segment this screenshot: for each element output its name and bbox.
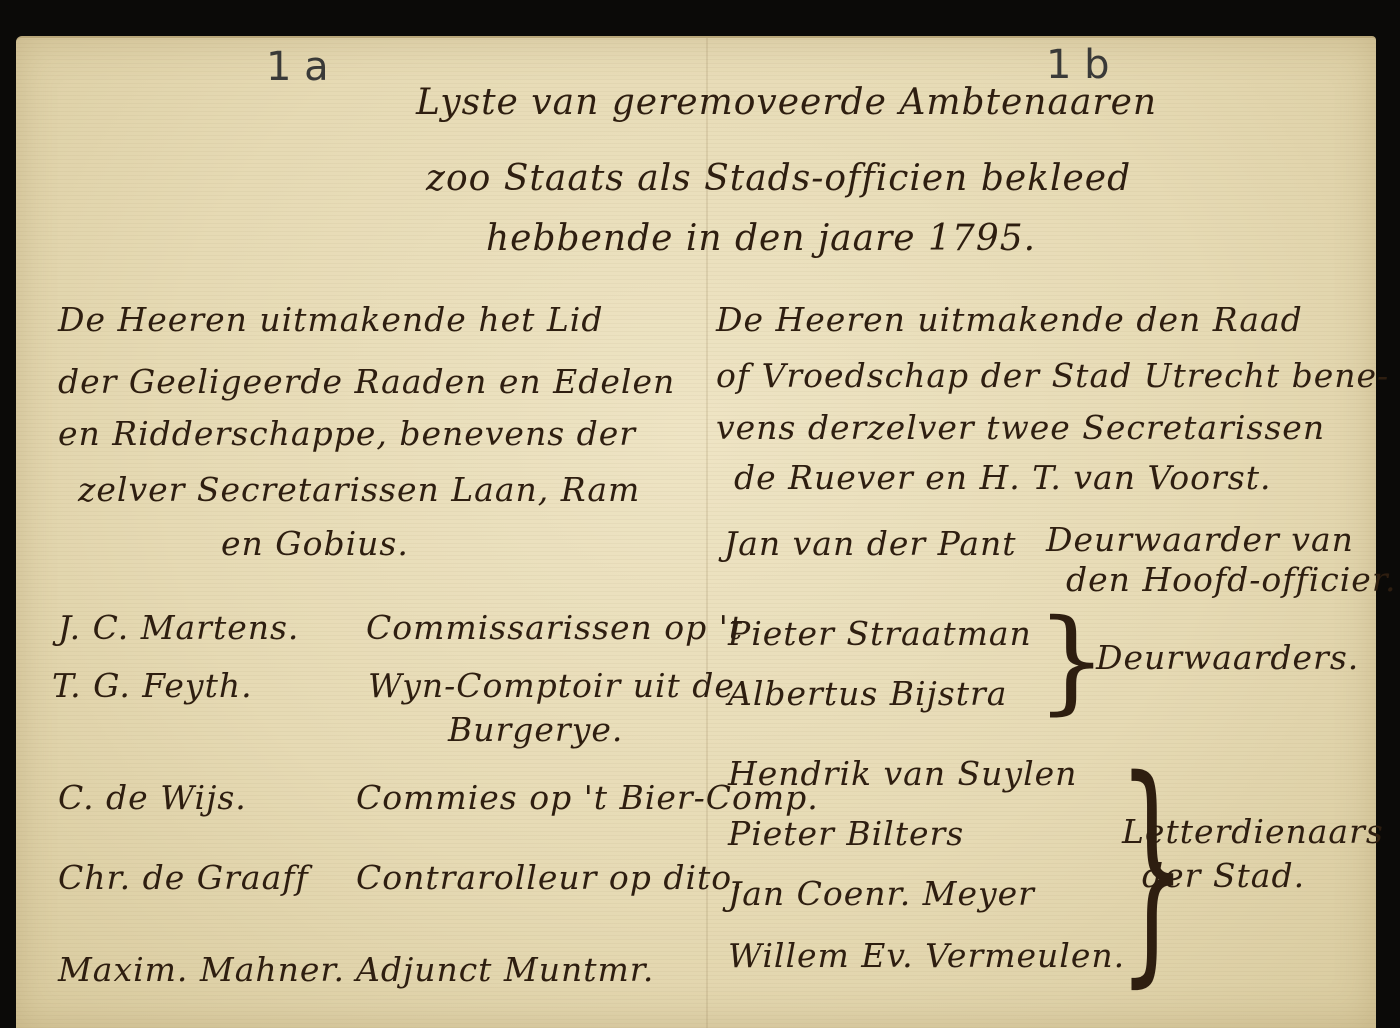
entry-name: Pieter Bilters — [728, 814, 964, 853]
right-heading-line-4: de Ruever en H. T. van Voorst. — [734, 458, 1271, 497]
entry-name: T. G. Feyth. — [52, 666, 253, 705]
folio-mark-left: 1 a — [266, 44, 329, 90]
entry-name: J. C. Martens. — [58, 608, 299, 647]
left-heading-line-3: en Ridderschappe, benevens der — [58, 414, 636, 453]
entry-office: den Hoofd-officier. — [1066, 560, 1396, 599]
right-heading-line-3: vens derzelver twee Secretarissen — [716, 408, 1325, 447]
entry-office: Contrarolleur op dito. — [356, 858, 743, 897]
entry-office: Burgerye. — [448, 710, 623, 749]
entry-name: Albertus Bijstra — [728, 674, 1007, 713]
entry-office: Commissarissen op 't — [366, 608, 743, 647]
title-line-2: zoo Staats als Stads-officien bekleed — [426, 158, 1131, 199]
entry-office: Letterdienaars — [1122, 812, 1384, 851]
entry-name: Jan Coenr. Meyer — [728, 874, 1035, 913]
entry-name: C. de Wijs. — [58, 778, 247, 817]
entry-office: Deurwaarder van — [1046, 520, 1354, 559]
title-line-1: Lyste van geremoveerde Ambtenaaren — [416, 82, 1157, 123]
entry-name: Pieter Straatman — [728, 614, 1032, 653]
left-heading-line-4: zelver Secretarissen Laan, Ram — [78, 470, 640, 509]
left-heading-line-1: De Heeren uitmakende het Lid — [58, 300, 603, 339]
entry-office: der Stad. — [1142, 856, 1305, 895]
right-heading-line-2: of Vroedschap der Stad Utrecht bene- — [716, 356, 1389, 395]
title-line-3: hebbende in den jaare 1795. — [486, 218, 1036, 259]
right-heading-line-1: De Heeren uitmakende den Raad — [716, 300, 1303, 339]
entry-office: Deurwaarders. — [1096, 638, 1359, 677]
entry-office: Adjunct Muntmr. — [356, 950, 654, 989]
entry-name: Jan van der Pant — [724, 524, 1017, 563]
entry-name: Hendrik van Suylen — [728, 754, 1077, 793]
left-heading-line-5: en Gobius. — [221, 524, 409, 563]
entry-name: Chr. de Graaff — [58, 858, 309, 897]
entry-office: Wyn-Comptoir uit de — [368, 666, 735, 705]
entry-name: Willem Ev. Vermeulen. — [728, 936, 1125, 975]
manuscript-page: 1 a 1 b Lyste van geremoveerde Ambtenaar… — [16, 36, 1376, 1007]
left-heading-line-2: der Geeligeerde Raaden en Edelen — [58, 362, 675, 401]
entry-name: Maxim. Mahner. — [58, 950, 345, 989]
